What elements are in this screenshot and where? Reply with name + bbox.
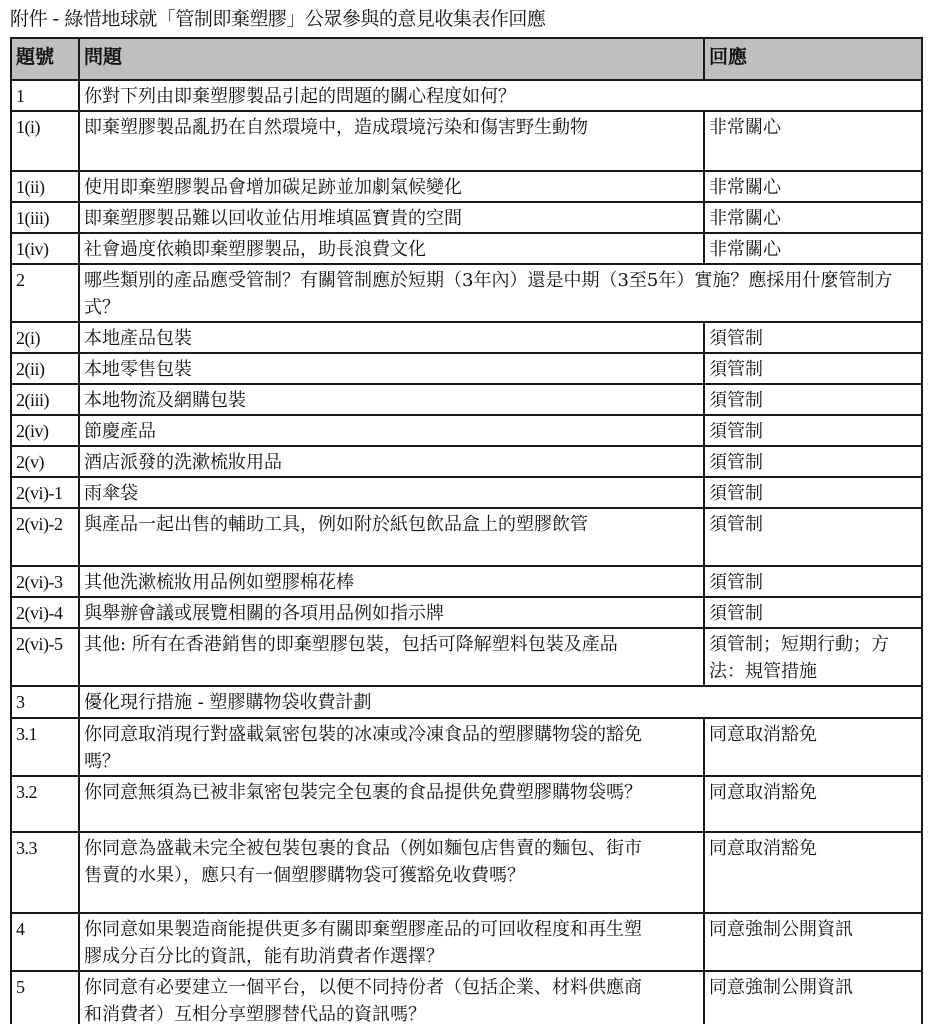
row-response: 須管制 — [704, 384, 922, 415]
table-row: 2(iii) 本地物流及網購包裝 須管制 — [11, 384, 922, 415]
table-row: 2(vi)-1 雨傘袋 須管制 — [11, 477, 922, 508]
row-question: 即棄塑膠製品難以回收並佔用堆填區寶貴的空間 — [79, 202, 704, 233]
table-row: 2(v) 酒店派發的洗漱梳妝用品 須管制 — [11, 446, 922, 477]
row-number: 5 — [11, 971, 79, 1024]
table-row: 3 優化現行措施 - 塑膠購物袋收費計劃 — [11, 686, 922, 718]
row-question: 節慶產品 — [79, 415, 704, 446]
table-row: 1(ii) 使用即棄塑膠製品會增加碳足跡並加劇氣候變化 非常關心 — [11, 171, 922, 202]
row-number: 2(vi)-4 — [11, 597, 79, 628]
row-question: 其他: 所有在香港銷售的即棄塑膠包裝，包括可降解塑料包裝及產品 — [79, 628, 704, 686]
table-row: 1(i) 即棄塑膠製品亂扔在自然環境中，造成環境污染和傷害野生動物 非常關心 — [11, 111, 922, 171]
row-response: 須管制 — [704, 597, 922, 628]
header-question: 問題 — [79, 38, 704, 80]
row-response: 同意強制公開資訊 — [704, 971, 922, 1024]
table-body: 1 你對下列由即棄塑膠製品引起的問題的關心程度如何？ 1(i) 即棄塑膠製品亂扔… — [11, 80, 922, 1024]
row-number: 3.3 — [11, 832, 79, 913]
row-number: 1(ii) — [11, 171, 79, 202]
row-number: 2 — [11, 264, 79, 322]
row-question: 與產品一起出售的輔助工具，例如附於紙包飲品盒上的塑膠飲管 — [79, 508, 704, 566]
table-header-row: 題號 問題 回應 — [11, 38, 922, 80]
row-number: 2(iv) — [11, 415, 79, 446]
row-number: 2(vi)-5 — [11, 628, 79, 686]
table-row: 2(vi)-2 與產品一起出售的輔助工具，例如附於紙包飲品盒上的塑膠飲管 須管制 — [11, 508, 922, 566]
table-row: 2(iv) 節慶產品 須管制 — [11, 415, 922, 446]
row-question: 你對下列由即棄塑膠製品引起的問題的關心程度如何？ — [79, 80, 922, 111]
table-row: 3.1 你同意取消現行對盛載氣密包裝的冰凍或冷凍食品的塑膠購物袋的豁免嗎？ 同意… — [11, 718, 922, 776]
row-response: 非常關心 — [704, 202, 922, 233]
row-number: 4 — [11, 913, 79, 971]
row-response: 須管制 — [704, 566, 922, 597]
row-question: 雨傘袋 — [79, 477, 704, 508]
row-question: 你同意無須為已被非氣密包裝完全包裹的食品提供免費塑膠購物袋嗎？ — [79, 776, 704, 832]
row-response: 須管制 — [704, 446, 922, 477]
row-response: 須管制 — [704, 353, 922, 384]
response-table: 題號 問題 回應 1 你對下列由即棄塑膠製品引起的問題的關心程度如何？ 1(i)… — [10, 37, 923, 1024]
row-response: 須管制 — [704, 415, 922, 446]
row-number: 1(iii) — [11, 202, 79, 233]
row-question: 本地零售包裝 — [79, 353, 704, 384]
table-row: 2(vi)-5 其他: 所有在香港銷售的即棄塑膠包裝，包括可降解塑料包裝及產品 … — [11, 628, 922, 686]
row-number: 3 — [11, 686, 79, 718]
row-number: 2(v) — [11, 446, 79, 477]
row-question: 即棄塑膠製品亂扔在自然環境中，造成環境污染和傷害野生動物 — [79, 111, 704, 171]
row-number: 2(iii) — [11, 384, 79, 415]
row-response: 同意取消豁免 — [704, 832, 922, 913]
row-question: 與舉辦會議或展覽相關的各項用品例如指示牌 — [79, 597, 704, 628]
row-question: 你同意為盛載未完全被包裝包裹的食品（例如麵包店售賣的麵包、街市售賣的水果），應只… — [79, 832, 704, 913]
row-response: 同意強制公開資訊 — [704, 913, 922, 971]
row-response: 非常關心 — [704, 171, 922, 202]
row-number: 2(ii) — [11, 353, 79, 384]
row-number: 1(i) — [11, 111, 79, 171]
row-question: 其他洗漱梳妝用品例如塑膠棉花棒 — [79, 566, 704, 597]
row-number: 3.2 — [11, 776, 79, 832]
table-row: 1(iv) 社會過度依賴即棄塑膠製品，助長浪費文化 非常關心 — [11, 233, 922, 264]
table-row: 2 哪些類別的產品應受管制？有關管制應於短期（3年內）還是中期（3至5年）實施？… — [11, 264, 922, 322]
table-row: 2(ii) 本地零售包裝 須管制 — [11, 353, 922, 384]
row-question: 你同意取消現行對盛載氣密包裝的冰凍或冷凍食品的塑膠購物袋的豁免嗎？ — [79, 718, 704, 776]
row-response: 同意取消豁免 — [704, 776, 922, 832]
row-question: 本地產品包裝 — [79, 322, 704, 353]
table-row: 1(iii) 即棄塑膠製品難以回收並佔用堆填區寶貴的空間 非常關心 — [11, 202, 922, 233]
row-question: 酒店派發的洗漱梳妝用品 — [79, 446, 704, 477]
row-question: 優化現行措施 - 塑膠購物袋收費計劃 — [79, 686, 922, 718]
row-question: 哪些類別的產品應受管制？有關管制應於短期（3年內）還是中期（3至5年）實施？應採… — [79, 264, 922, 322]
table-row: 1 你對下列由即棄塑膠製品引起的問題的關心程度如何？ — [11, 80, 922, 111]
row-number: 1(iv) — [11, 233, 79, 264]
row-question: 你同意如果製造商能提供更多有關即棄塑膠產品的可回收程度和再生塑膠成分百分比的資訊… — [79, 913, 704, 971]
row-response: 非常關心 — [704, 111, 922, 171]
row-number: 2(vi)-2 — [11, 508, 79, 566]
table-row: 5 你同意有必要建立一個平台，以便不同持份者（包括企業、材料供應商和消費者）互相… — [11, 971, 922, 1024]
table-row: 3.2 你同意無須為已被非氣密包裝完全包裹的食品提供免費塑膠購物袋嗎？ 同意取消… — [11, 776, 922, 832]
document-title: 附件 - 綠惜地球就「管制即棄塑膠」公眾參與的意見收集表作回應 — [10, 6, 545, 32]
row-number: 3.1 — [11, 718, 79, 776]
row-question: 你同意有必要建立一個平台，以便不同持份者（包括企業、材料供應商和消費者）互相分享… — [79, 971, 704, 1024]
row-response: 須管制 — [704, 508, 922, 566]
table-row: 2(vi)-3 其他洗漱梳妝用品例如塑膠棉花棒 須管制 — [11, 566, 922, 597]
row-response: 非常關心 — [704, 233, 922, 264]
row-response: 同意取消豁免 — [704, 718, 922, 776]
table-row: 2(vi)-4 與舉辦會議或展覽相關的各項用品例如指示牌 須管制 — [11, 597, 922, 628]
table-row: 3.3 你同意為盛載未完全被包裝包裹的食品（例如麵包店售賣的麵包、街市售賣的水果… — [11, 832, 922, 913]
row-question: 社會過度依賴即棄塑膠製品，助長浪費文化 — [79, 233, 704, 264]
row-response: 須管制 — [704, 322, 922, 353]
row-number: 2(vi)-1 — [11, 477, 79, 508]
row-question: 本地物流及網購包裝 — [79, 384, 704, 415]
row-number: 2(i) — [11, 322, 79, 353]
header-response: 回應 — [704, 38, 922, 80]
row-number: 2(vi)-3 — [11, 566, 79, 597]
row-number: 1 — [11, 80, 79, 111]
row-response: 須管制；短期行動；方法：規管措施 — [704, 628, 922, 686]
table-row: 4 你同意如果製造商能提供更多有關即棄塑膠產品的可回收程度和再生塑膠成分百分比的… — [11, 913, 922, 971]
table-row: 2(i) 本地產品包裝 須管制 — [11, 322, 922, 353]
header-number: 題號 — [11, 38, 79, 80]
row-response: 須管制 — [704, 477, 922, 508]
row-question: 使用即棄塑膠製品會增加碳足跡並加劇氣候變化 — [79, 171, 704, 202]
